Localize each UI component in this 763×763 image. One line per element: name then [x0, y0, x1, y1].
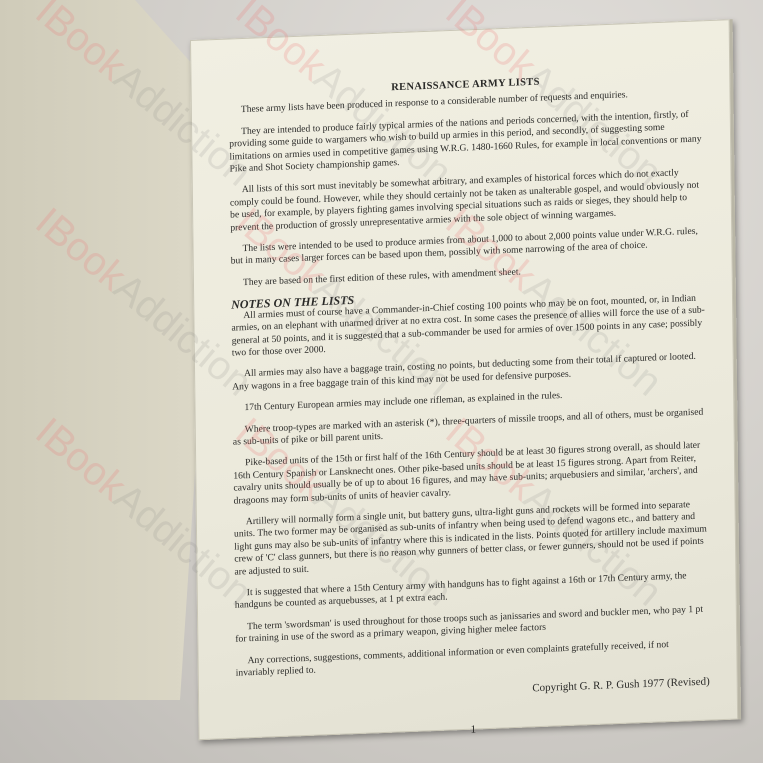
notes-paragraph: Pike-based units of the 15th or first ha… — [233, 440, 707, 508]
intro-paragraph: They are intended to produce fairly typi… — [229, 108, 703, 176]
document-page: RENAISSANCE ARMY LISTS These army lists … — [190, 19, 741, 740]
page-number: 1 — [236, 714, 710, 745]
page-content: RENAISSANCE ARMY LISTS These army lists … — [229, 70, 711, 745]
copyright-line: Copyright G. R. P. Gush 1977 (Revised) — [236, 676, 710, 707]
photo-scene: RENAISSANCE ARMY LISTS These army lists … — [0, 0, 763, 763]
intro-paragraph: All lists of this sort must inevitably b… — [230, 167, 704, 235]
notes-paragraph: Artillery will normally form a single un… — [234, 498, 708, 578]
